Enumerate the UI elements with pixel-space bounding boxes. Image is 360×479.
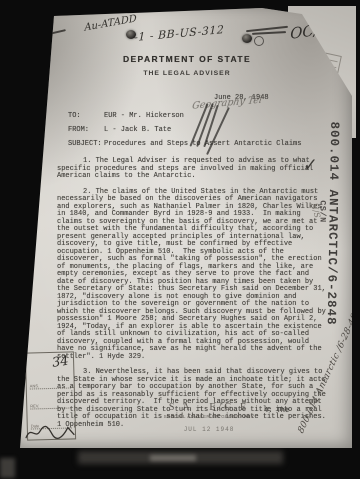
stamp-date: JUL 12 1948 <box>124 426 294 433</box>
routing-code-stamp: CS/N <box>317 190 328 234</box>
scan-light-smudge <box>150 455 196 461</box>
scanned-document: Au-ATADD -1 - BB-US-312 OC/R DEPARTMENT … <box>0 0 360 479</box>
pen-dash <box>40 29 66 37</box>
pen-circle-mark <box>254 36 264 46</box>
to-row: TO:EUR - Mr. Hickerson <box>68 112 184 120</box>
box-row-rev: REV. <box>30 402 71 409</box>
from-row: FROM:L - Jack B. Tate <box>68 126 171 134</box>
pen-scribble <box>252 31 286 35</box>
paragraph-1: 1. The Legal Adviser is requested to adv… <box>57 158 330 181</box>
pen-dash <box>17 38 32 48</box>
memo-body: 1. The Legal Adviser is requested to adv… <box>57 158 330 437</box>
to-value: EUR - Mr. Hickerson <box>104 112 184 120</box>
letterhead-department: DEPARTMENT OF STATE <box>14 54 360 64</box>
paragraph-4-fragment: 4. The <box>264 407 289 415</box>
handwritten-routing-note: -1 - BB-US-312 <box>134 23 224 44</box>
scan-edge-smudge <box>0 458 15 478</box>
paragraph-2: 2. The claims of the United States in th… <box>57 189 330 362</box>
subject-value: Procedures and Steps to Assert Antarctic… <box>104 140 301 148</box>
memo-page: Au-ATADD -1 - BB-US-312 OC/R DEPARTMENT … <box>14 6 352 448</box>
letterhead-office: THE LEGAL ADVISER <box>14 70 360 77</box>
subject-row: SUBJECT:Procedures and Steps to Assert A… <box>68 140 301 148</box>
from-value: L - Jack B. Tate <box>104 126 171 134</box>
brass-fastener-icon <box>242 34 252 43</box>
signature-scribble <box>24 422 76 441</box>
received-stamp-box: 34 ANS. REV. Date <box>25 351 76 440</box>
from-label: FROM: <box>68 126 104 134</box>
to-label: TO: <box>68 112 104 120</box>
box-row-ans: ANS. <box>30 382 71 389</box>
handwritten-box-number: 34 <box>52 354 71 371</box>
letterhead: DEPARTMENT OF STATE THE LEGAL ADVISER <box>14 54 360 77</box>
subject-label: SUBJECT: <box>68 140 104 148</box>
brass-fastener-icon <box>126 30 136 39</box>
